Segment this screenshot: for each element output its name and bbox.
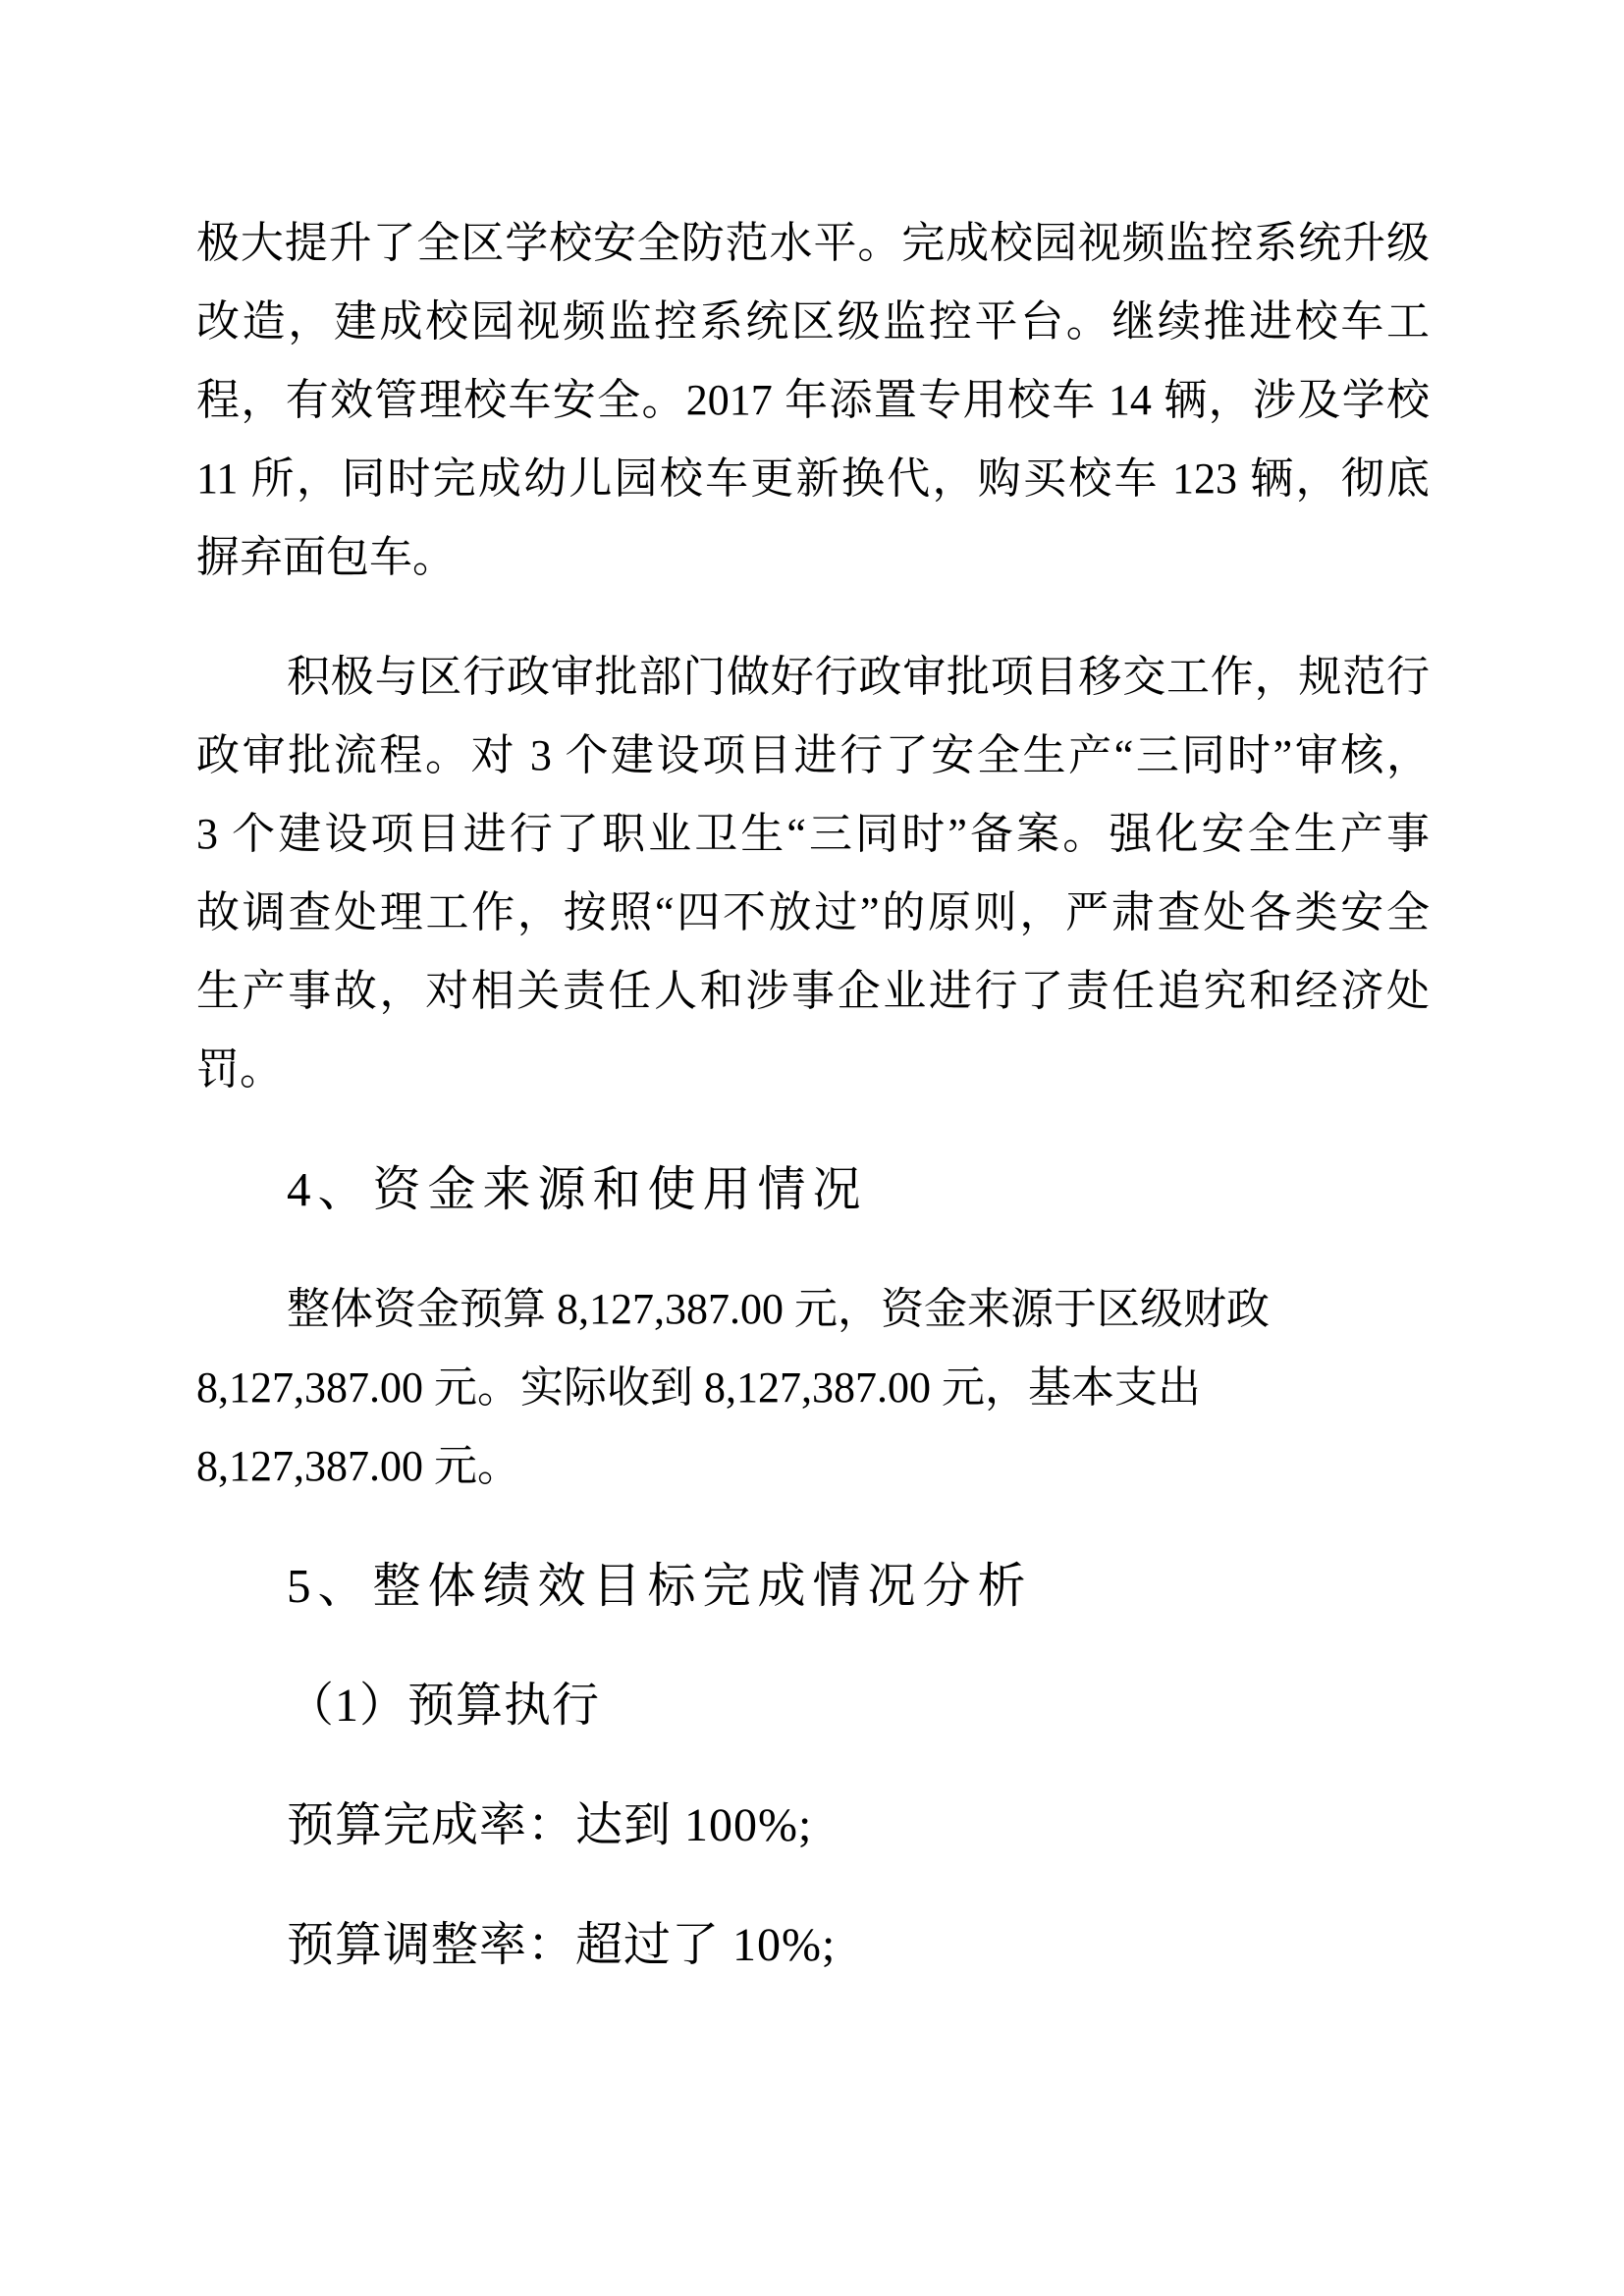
text-line: 故调查处理工作，按照“四不放过”的原则，严肃查处各类安全 bbox=[196, 874, 1430, 952]
document-page: { "colors": { "page_background": "#fffff… bbox=[0, 0, 1624, 2296]
stat-line: 预算完成率：达到 100%; bbox=[196, 1787, 1430, 1865]
text-line: 8,127,387.00 元。实际收到 8,127,387.00 元，基本支出 bbox=[196, 1349, 1430, 1427]
section-heading: 4、资金来源和使用情况 bbox=[196, 1150, 1430, 1229]
document-body: 极大提升了全区学校安全防范水平。完成校园视频监控系统升级 改造，建成校园视频监控… bbox=[196, 204, 1430, 1985]
text-line: 11 所，同时完成幼儿园校车更新换代，购买校车 123 辆，彻底 bbox=[196, 440, 1430, 518]
text-line: 3 个建设项目进行了职业卫生“三同时”备案。强化安全生产事 bbox=[196, 795, 1430, 874]
text-line: 罚。 bbox=[196, 1031, 1430, 1109]
text-line: 生产事故，对相关责任人和涉事企业进行了责任追究和经济处 bbox=[196, 952, 1430, 1031]
text-line: 政审批流程。对 3 个建设项目进行了安全生产“三同时”审核， bbox=[196, 717, 1430, 795]
section-heading: 5、整体绩效目标完成情况分析 bbox=[196, 1547, 1430, 1626]
text-line: 8,127,387.00 元。 bbox=[196, 1427, 1430, 1506]
text-line: 整体资金预算 8,127,387.00 元，资金来源于区级财政 bbox=[196, 1270, 1430, 1349]
text-line: （1）预算执行 bbox=[196, 1667, 1430, 1745]
text-paragraph: 整体资金预算 8,127,387.00 元，资金来源于区级财政 8,127,38… bbox=[196, 1270, 1430, 1506]
sub-heading: （1）预算执行 bbox=[196, 1667, 1430, 1745]
text-line: 5、整体绩效目标完成情况分析 bbox=[196, 1547, 1430, 1626]
text-paragraph: 积极与区行政审批部门做好行政审批项目移交工作，规范行 政审批流程。对 3 个建设… bbox=[196, 638, 1430, 1109]
text-paragraph: 极大提升了全区学校安全防范水平。完成校园视频监控系统升级 改造，建成校园视频监控… bbox=[196, 204, 1430, 597]
text-line: 积极与区行政审批部门做好行政审批项目移交工作，规范行 bbox=[196, 638, 1430, 717]
text-line: 改造，建成校园视频监控系统区级监控平台。继续推进校车工 bbox=[196, 283, 1430, 361]
text-line: 4、资金来源和使用情况 bbox=[196, 1150, 1430, 1229]
text-line: 预算完成率：达到 100%; bbox=[196, 1787, 1430, 1865]
stat-line: 预算调整率：超过了 10%; bbox=[196, 1906, 1430, 1985]
text-line: 极大提升了全区学校安全防范水平。完成校园视频监控系统升级 bbox=[196, 204, 1430, 283]
text-line: 预算调整率：超过了 10%; bbox=[196, 1906, 1430, 1985]
text-line: 程，有效管理校车安全。2017 年添置专用校车 14 辆，涉及学校 bbox=[196, 361, 1430, 440]
text-line: 摒弃面包车。 bbox=[196, 518, 1430, 597]
